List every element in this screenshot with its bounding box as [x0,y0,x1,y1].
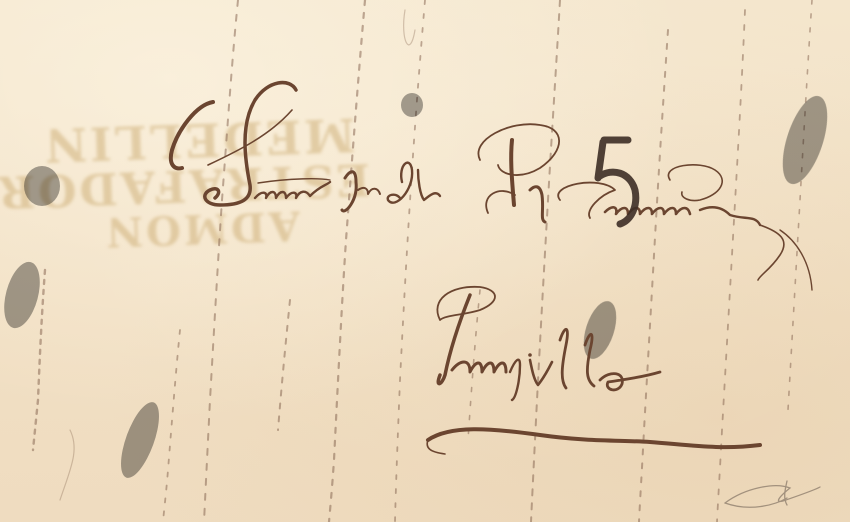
postal-cover: ADMON ESTRAFADOR MEDELLIN [0,0,850,522]
rate-mark [0,0,850,522]
